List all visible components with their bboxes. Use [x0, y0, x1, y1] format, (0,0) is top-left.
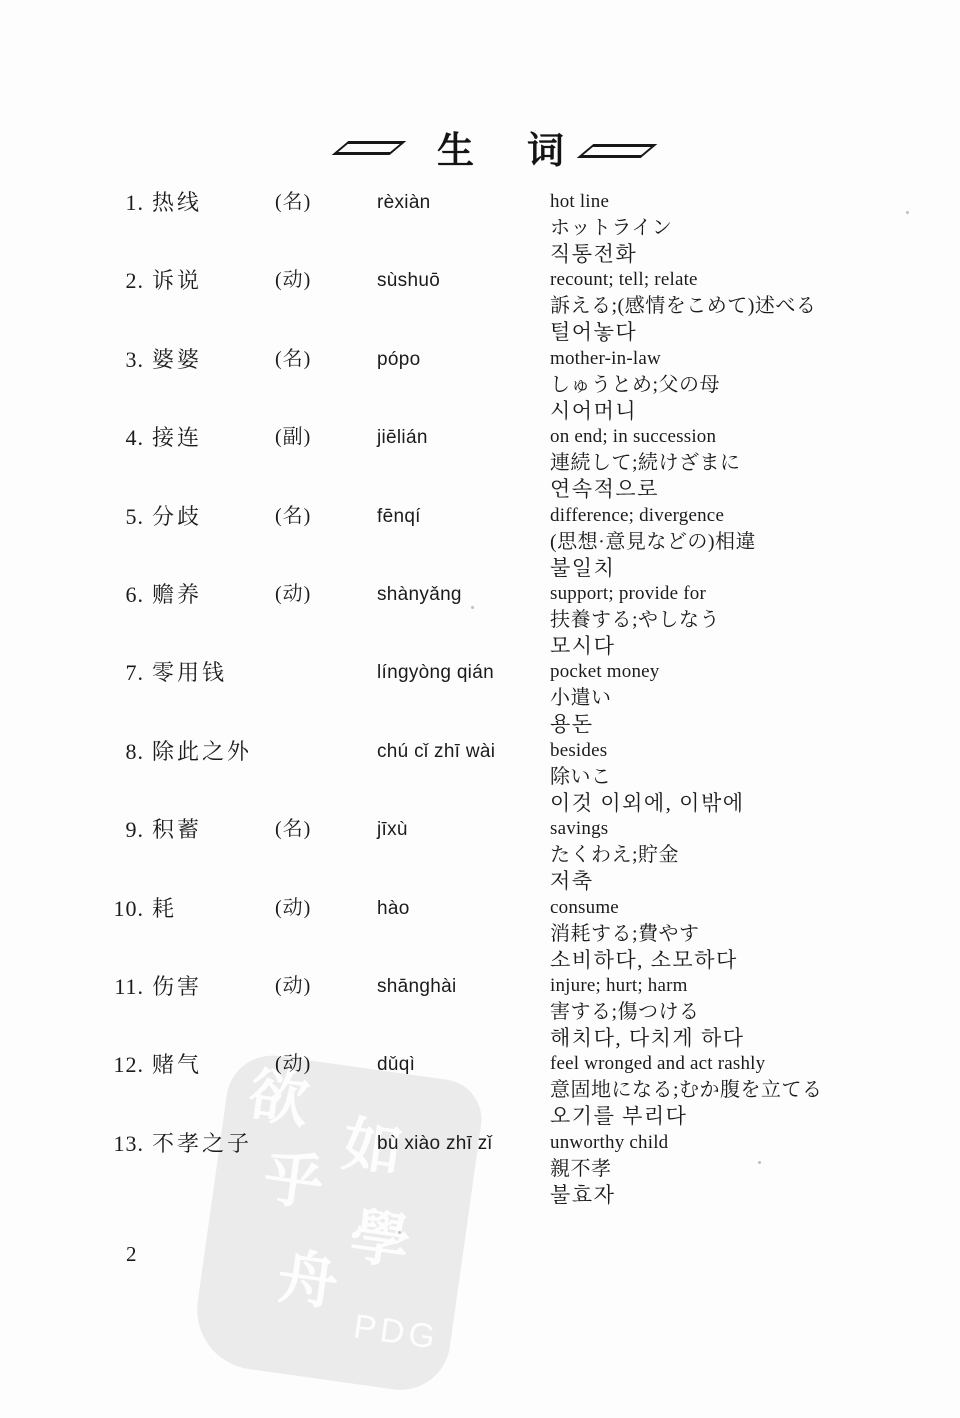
left-parallelogram-icon — [332, 141, 407, 155]
entry-number: 9. — [98, 816, 144, 843]
translation-english: unworthy child — [550, 1130, 930, 1156]
translation-korean: 직통전화 — [550, 241, 930, 267]
pdg-watermark-label: PDG — [351, 1307, 441, 1358]
entry-pinyin: rèxiàn — [377, 189, 550, 216]
right-parallelogram-icon — [577, 144, 658, 158]
entry-pos: (动) — [275, 973, 377, 1000]
entry-pinyin: sùshuō — [377, 267, 550, 294]
entry-number: 5. — [98, 503, 144, 530]
vocab-entry: 13. 不孝之子 bù xiào zhī zǐ unworthy child 親… — [98, 1130, 930, 1208]
entry-number: 10. — [98, 895, 144, 922]
entry-number: 6. — [98, 581, 144, 608]
vocab-entry: 5. 分歧 (名) fēnqí difference; divergence (… — [98, 503, 930, 581]
entry-word: 热线 — [144, 189, 275, 216]
entry-pos: (名) — [275, 503, 377, 530]
entry-number: 11. — [98, 973, 144, 1000]
entry-pos: (动) — [275, 1051, 377, 1078]
entry-translations: unworthy child 親不孝 불효자 — [550, 1130, 930, 1208]
entry-translations: besides 除いこ 이것 이외에, 이밖에 — [550, 738, 930, 816]
entry-pinyin: pópo — [377, 346, 550, 373]
vocab-entry: 2. 诉说 (动) sùshuō recount; tell; relate 訴… — [98, 267, 930, 345]
entry-translations: consume 消耗する;費やす 소비하다, 소모하다 — [550, 895, 930, 973]
scan-speck — [758, 1161, 761, 1164]
translation-japanese: たくわえ;貯金 — [550, 842, 930, 868]
entry-pos: (动) — [275, 895, 377, 922]
translation-japanese: (思想·意見などの)相違 — [550, 529, 930, 555]
translation-korean: 소비하다, 소모하다 — [550, 947, 930, 973]
entry-pos: (动) — [275, 581, 377, 608]
entry-pos: (副) — [275, 424, 377, 451]
translation-english: support; provide for — [550, 581, 930, 607]
vocab-entry: 12. 赌气 (动) dǔqì feel wronged and act ras… — [98, 1051, 930, 1129]
vocab-entry: 3. 婆婆 (名) pópo mother-in-law しゅうとめ;父の母 시… — [98, 346, 930, 424]
entry-word: 接连 — [144, 424, 275, 451]
entry-word: 分歧 — [144, 503, 275, 530]
entry-pinyin: shànyǎng — [377, 581, 550, 608]
entry-pos: (名) — [275, 189, 377, 216]
translation-korean: 해치다, 다치게 하다 — [550, 1025, 930, 1051]
vocab-entry: 6. 赡养 (动) shànyǎng support; provide for … — [98, 581, 930, 659]
vocab-entry: 1. 热线 (名) rèxiàn hot line ホットライン 직통전화 — [98, 189, 930, 267]
translation-korean: 모시다 — [550, 633, 930, 659]
entry-pinyin: hào — [377, 895, 550, 922]
seal-character-icon: 舟 — [274, 1246, 342, 1314]
translation-korean: 털어놓다 — [550, 319, 930, 345]
entry-translations: savings たくわえ;貯金 저축 — [550, 816, 930, 894]
translation-english: besides — [550, 738, 930, 764]
entry-word: 赌气 — [144, 1051, 275, 1078]
entry-translations: feel wronged and act rashly 意固地になる;むか腹を立… — [550, 1051, 930, 1129]
translation-english: mother-in-law — [550, 346, 930, 372]
seal-character-icon: 學 — [346, 1206, 414, 1274]
translation-english: difference; divergence — [550, 503, 930, 529]
vocab-entry: 7. 零用钱 língyòng qián pocket money 小遣い 용돈 — [98, 659, 930, 737]
translation-korean: 이것 이외에, 이밖에 — [550, 790, 930, 816]
translation-korean: 연속적으로 — [550, 476, 930, 502]
entry-pinyin: shānghài — [377, 973, 550, 1000]
entry-pinyin: língyòng qián — [377, 659, 550, 686]
translation-japanese: 小遣い — [550, 685, 930, 711]
scan-speck — [471, 606, 474, 609]
entry-pos: (动) — [275, 267, 377, 294]
entry-word: 积蓄 — [144, 816, 275, 843]
entry-pinyin: bù xiào zhī zǐ — [377, 1130, 550, 1157]
entry-translations: injure; hurt; harm 害する;傷つける 해치다, 다치게 하다 — [550, 973, 930, 1051]
translation-korean: 저축 — [550, 868, 930, 894]
entry-word: 婆婆 — [144, 346, 275, 373]
translation-english: on end; in succession — [550, 424, 930, 450]
vocab-entry: 4. 接连 (副) jiēlián on end; in succession … — [98, 424, 930, 502]
entry-translations: mother-in-law しゅうとめ;父の母 시어머니 — [550, 346, 930, 424]
translation-japanese: 害する;傷つける — [550, 999, 930, 1025]
translation-japanese: 訴える;(感情をこめて)述べる — [550, 293, 930, 319]
entry-translations: pocket money 小遣い 용돈 — [550, 659, 930, 737]
entry-number: 3. — [98, 346, 144, 373]
entry-translations: recount; tell; relate 訴える;(感情をこめて)述べる 털어… — [550, 267, 930, 345]
translation-korean: 오기를 부리다 — [550, 1103, 930, 1129]
entry-word: 零用钱 — [144, 659, 275, 686]
entry-number: 13. — [98, 1130, 144, 1157]
vocab-entry: 9. 积蓄 (名) jīxù savings たくわえ;貯金 저축 — [98, 816, 930, 894]
entry-number: 8. — [98, 738, 144, 765]
page-title: 生 — [437, 120, 474, 174]
entry-pinyin: chú cǐ zhī wài — [377, 738, 550, 765]
translation-japanese: しゅうとめ;父の母 — [550, 372, 930, 398]
translation-english: consume — [550, 895, 930, 921]
entry-pos: (名) — [275, 816, 377, 843]
translation-japanese: 連続して;続けざまに — [550, 450, 930, 476]
entry-pinyin: fēnqí — [377, 503, 550, 530]
vocab-entry: 11. 伤害 (动) shānghài injure; hurt; harm 害… — [98, 973, 930, 1051]
entry-translations: difference; divergence (思想·意見などの)相違 불일치 — [550, 503, 930, 581]
entry-translations: support; provide for 扶養する;やしなう 모시다 — [550, 581, 930, 659]
translation-english: hot line — [550, 189, 930, 215]
vocab-list: 1. 热线 (名) rèxiàn hot line ホットライン 직통전화 2.… — [98, 189, 930, 1208]
translation-korean: 시어머니 — [550, 398, 930, 424]
vocab-entry: 8. 除此之外 chú cǐ zhī wài besides 除いこ 이것 이외… — [98, 738, 930, 816]
translation-english: savings — [550, 816, 930, 842]
entry-translations: on end; in succession 連続して;続けざまに 연속적으로 — [550, 424, 930, 502]
entry-pinyin: dǔqì — [377, 1051, 550, 1078]
translation-korean: 불일치 — [550, 555, 930, 581]
translation-japanese: 扶養する;やしなう — [550, 607, 930, 633]
entry-pinyin: jiēlián — [377, 424, 550, 451]
entry-translations: hot line ホットライン 직통전화 — [550, 189, 930, 267]
entry-pinyin: jīxù — [377, 816, 550, 843]
page-number: 2 — [126, 1242, 137, 1267]
entry-word: 耗 — [144, 895, 275, 922]
entry-word: 除此之外 — [144, 738, 275, 765]
entry-word: 伤害 — [144, 973, 275, 1000]
translation-japanese: 親不孝 — [550, 1156, 930, 1182]
translation-japanese: 除いこ — [550, 764, 930, 790]
translation-japanese: 消耗する;費やす — [550, 921, 930, 947]
entry-number: 2. — [98, 267, 144, 294]
translation-english: pocket money — [550, 659, 930, 685]
translation-japanese: 意固地になる;むか腹を立てる — [550, 1077, 930, 1103]
entry-word: 诉说 — [144, 267, 275, 294]
scan-speck — [906, 211, 909, 214]
translation-english: feel wronged and act rashly — [550, 1051, 930, 1077]
entry-word: 赡养 — [144, 581, 275, 608]
page-title: 词 — [527, 120, 564, 174]
scanned-textbook-page: 欲 如 乎 學 舟 PDG 生 词 1. 热线 (名) rèxiàn hot l… — [0, 0, 960, 1418]
translation-korean: 불효자 — [550, 1182, 930, 1208]
entry-number: 7. — [98, 659, 144, 686]
entry-word: 不孝之子 — [144, 1130, 275, 1157]
entry-number: 4. — [98, 424, 144, 451]
entry-pos: (名) — [275, 346, 377, 373]
translation-english: recount; tell; relate — [550, 267, 930, 293]
page-header: 生 词 — [0, 0, 960, 180]
translation-english: injure; hurt; harm — [550, 973, 930, 999]
entry-number: 1. — [98, 189, 144, 216]
entry-number: 12. — [98, 1051, 144, 1078]
scan-speck — [398, 1231, 401, 1234]
translation-japanese: ホットライン — [550, 215, 930, 241]
vocab-entry: 10. 耗 (动) hào consume 消耗する;費やす 소비하다, 소모하… — [98, 895, 930, 973]
translation-korean: 용돈 — [550, 711, 930, 737]
